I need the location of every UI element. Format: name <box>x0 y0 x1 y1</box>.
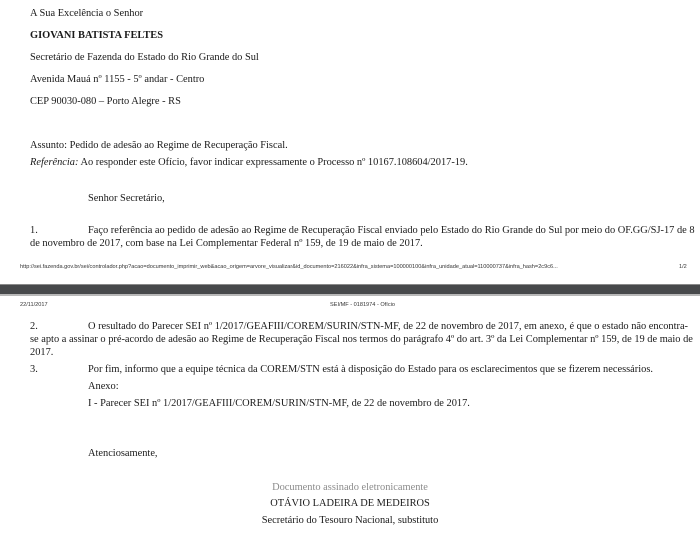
recipient-salutation: A Sua Excelência o Senhor <box>30 7 143 20</box>
paragraph-3-text: Por fim, informo que a equipe técnica da… <box>88 363 653 376</box>
paragraph-3-number: 3. <box>30 363 38 376</box>
reference-line: Referência: Ao responder este Ofício, fa… <box>30 156 468 169</box>
print-header-date: 22/11/2017 <box>20 302 48 308</box>
paragraph-1-line-1: Faço referência ao pedido de adesão ao R… <box>88 224 695 237</box>
annex-item: I - Parecer SEI nº 1/2017/GEAFIII/COREM/… <box>88 397 470 410</box>
paragraph-1-number: 1. <box>30 224 38 237</box>
recipient-address: Avenida Mauá nº 1155 - 5º andar - Centro <box>30 73 204 86</box>
signature-note: Documento assinado eletronicamente <box>0 481 700 494</box>
signatory-role: Secretário do Tesouro Nacional, substitu… <box>0 514 700 527</box>
print-footer-url: http://sei.fazenda.gov.br/sei/controlado… <box>20 264 558 270</box>
reference-label: Referência: <box>30 157 78 168</box>
recipient-cep: CEP 90030-080 – Porto Alegre - RS <box>30 95 181 108</box>
document-page-2: 22/11/2017 SEI/MF - 0181974 - Ofício 2. … <box>0 296 700 533</box>
recipient-name: GIOVANI BATISTA FELTES <box>30 29 163 42</box>
paragraph-2-line-3: 2017. <box>30 346 53 359</box>
print-footer-page-number: 1/2 <box>679 264 687 270</box>
paragraph-2-line-2: se apto a assinar o pré-acordo de adesão… <box>30 333 693 346</box>
reference-text: Ao responder este Ofício, favor indicar … <box>81 157 468 168</box>
subject-label: Assunto: <box>30 140 67 151</box>
recipient-title: Secretário de Fazenda do Estado do Rio G… <box>30 51 259 64</box>
annex-label: Anexo: <box>88 380 119 393</box>
paragraph-2-line-1: O resultado do Parecer SEI nº 1/2017/GEA… <box>88 320 688 333</box>
print-header-doc-id: SEI/MF - 0181974 - Ofício <box>330 302 395 308</box>
page-break-divider <box>0 284 700 296</box>
signatory-name: OTÁVIO LADEIRA DE MEDEIROS <box>0 497 700 510</box>
subject-line: Assunto: Pedido de adesão ao Regime de R… <box>30 139 288 152</box>
paragraph-1-line-2: de novembro de 2017, com base na Lei Com… <box>30 237 423 250</box>
subject-text: Pedido de adesão ao Regime de Recuperaçã… <box>70 140 288 151</box>
closing: Atenciosamente, <box>88 447 158 460</box>
paragraph-2-number: 2. <box>30 320 38 333</box>
document-page-1: A Sua Excelência o Senhor GIOVANI BATIST… <box>0 0 700 285</box>
greeting: Senhor Secretário, <box>88 192 165 205</box>
